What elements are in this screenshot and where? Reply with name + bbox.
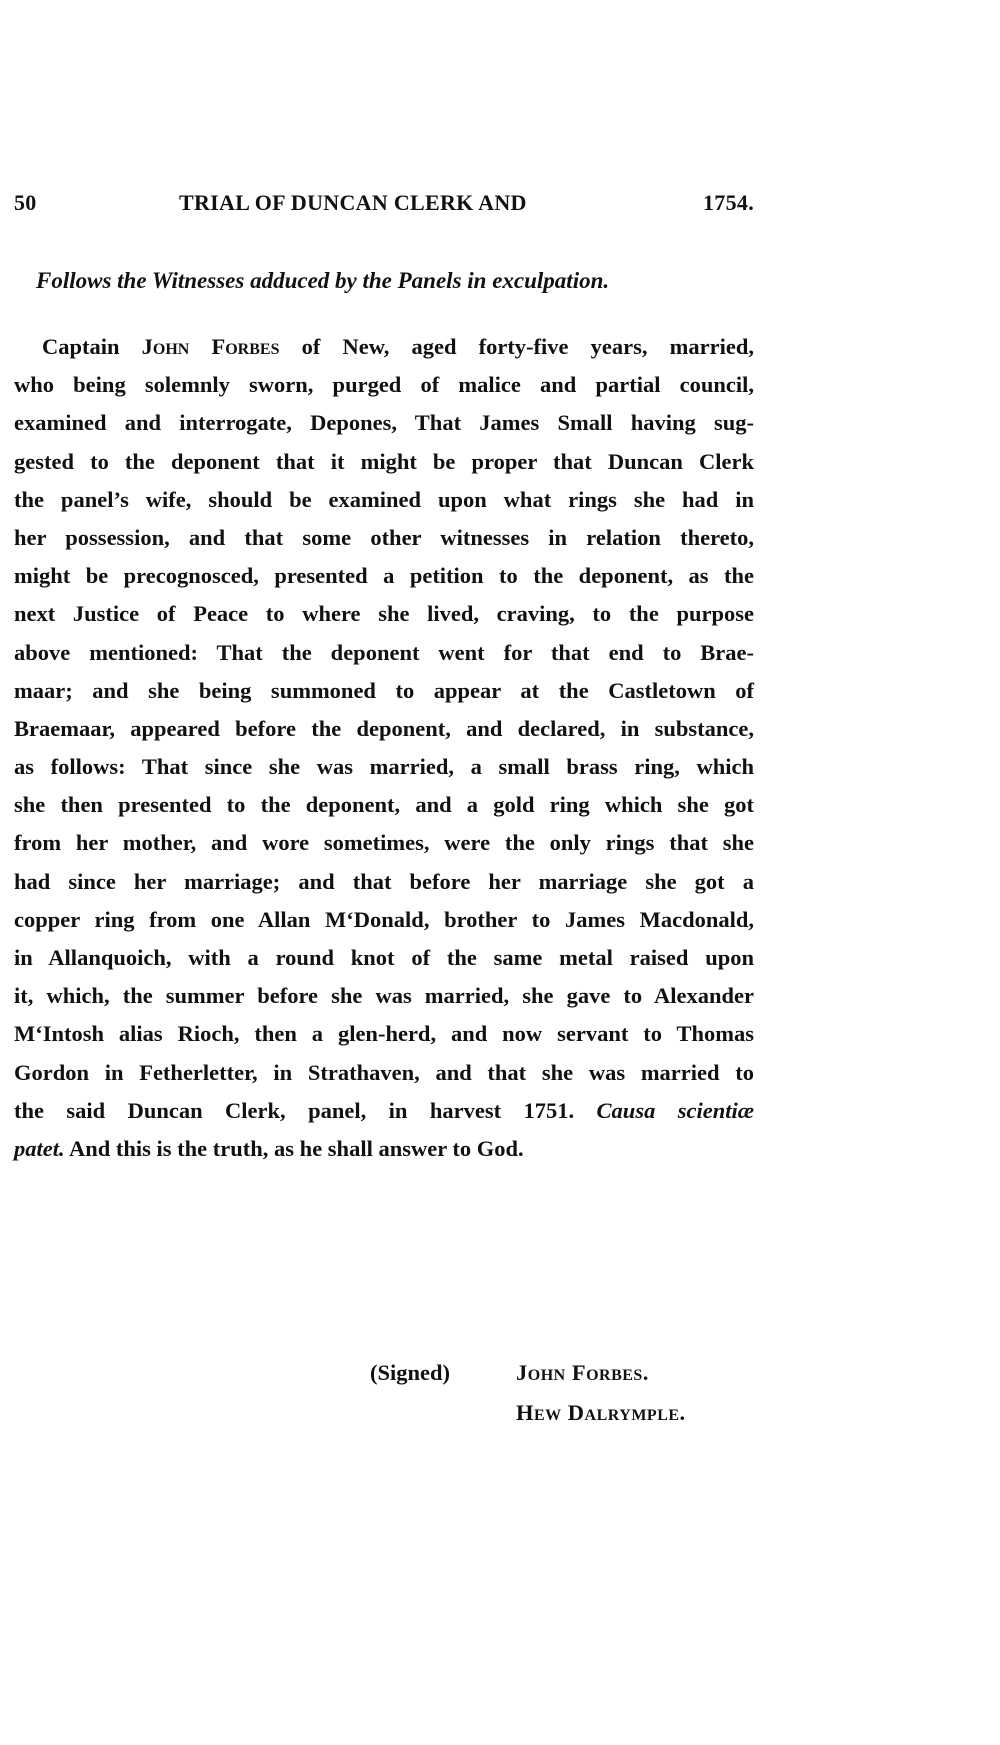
signatory-name: John Forbes. [516, 1360, 649, 1386]
running-head: 50 TRIAL OF DUNCAN CLERK AND 1754. [14, 190, 754, 220]
text-line: might be precognosced, presented a petit… [14, 557, 754, 595]
text-line: who being solemnly sworn, purged of mali… [14, 366, 754, 404]
text-line: she then presented to the deponent, and … [14, 786, 754, 824]
text-line: examined and interrogate, Depones, That … [14, 404, 754, 442]
text-line: the panel’s wife, should be examined upo… [14, 481, 754, 519]
text-line: copper ring from one Allan M‘Donald, bro… [14, 901, 754, 939]
latin-phrase: patet. [14, 1136, 65, 1161]
deposition-text: Captain John Forbes of New, aged forty-f… [14, 328, 754, 1168]
text-line: above mentioned: That the deponent went … [14, 634, 754, 672]
page-number: 50 [14, 190, 37, 216]
signatory-name: Hew Dalrymple. [516, 1400, 686, 1426]
text-line: gested to the deponent that it might be … [14, 443, 754, 481]
text-line: Captain John Forbes of New, aged forty-f… [14, 328, 754, 366]
text-line: from her mother, and wore sometimes, wer… [14, 824, 754, 862]
signed-label: (Signed) [370, 1360, 450, 1386]
text-line: Gordon in Fetherletter, in Strathaven, a… [14, 1054, 754, 1092]
text-fragment: the said Duncan Clerk, panel, in harvest… [14, 1098, 597, 1123]
text-line: had since her marriage; and that before … [14, 863, 754, 901]
text-line: patet. And this is the truth, as he shal… [14, 1130, 754, 1168]
text-line: next Justice of Peace to where she lived… [14, 595, 754, 633]
text-fragment: Captain [42, 334, 142, 359]
latin-phrase: Causa scientiæ [597, 1098, 754, 1123]
text-line: as follows: That since she was married, … [14, 748, 754, 786]
text-line: her possession, and that some other witn… [14, 519, 754, 557]
text-line: in Allanquoich, with a round knot of the… [14, 939, 754, 977]
witness-name: John Forbes [142, 334, 280, 359]
text-line: the said Duncan Clerk, panel, in harvest… [14, 1092, 754, 1130]
text-line: Braemaar, appeared before the deponent, … [14, 710, 754, 748]
text-line: maar; and she being summoned to appear a… [14, 672, 754, 710]
text-fragment: And this is the truth, as he shall answe… [65, 1136, 524, 1161]
running-year: 1754. [703, 190, 754, 216]
text-fragment: of New, aged forty-five years, married, [279, 334, 754, 359]
text-line: it, which, the summer before she was mar… [14, 977, 754, 1015]
text-line: M‘Intosh alias Rioch, then a glen-herd, … [14, 1015, 754, 1053]
section-heading: Follows the Witnesses adduced by the Pan… [36, 268, 756, 294]
running-title: TRIAL OF DUNCAN CLERK AND [179, 190, 527, 216]
